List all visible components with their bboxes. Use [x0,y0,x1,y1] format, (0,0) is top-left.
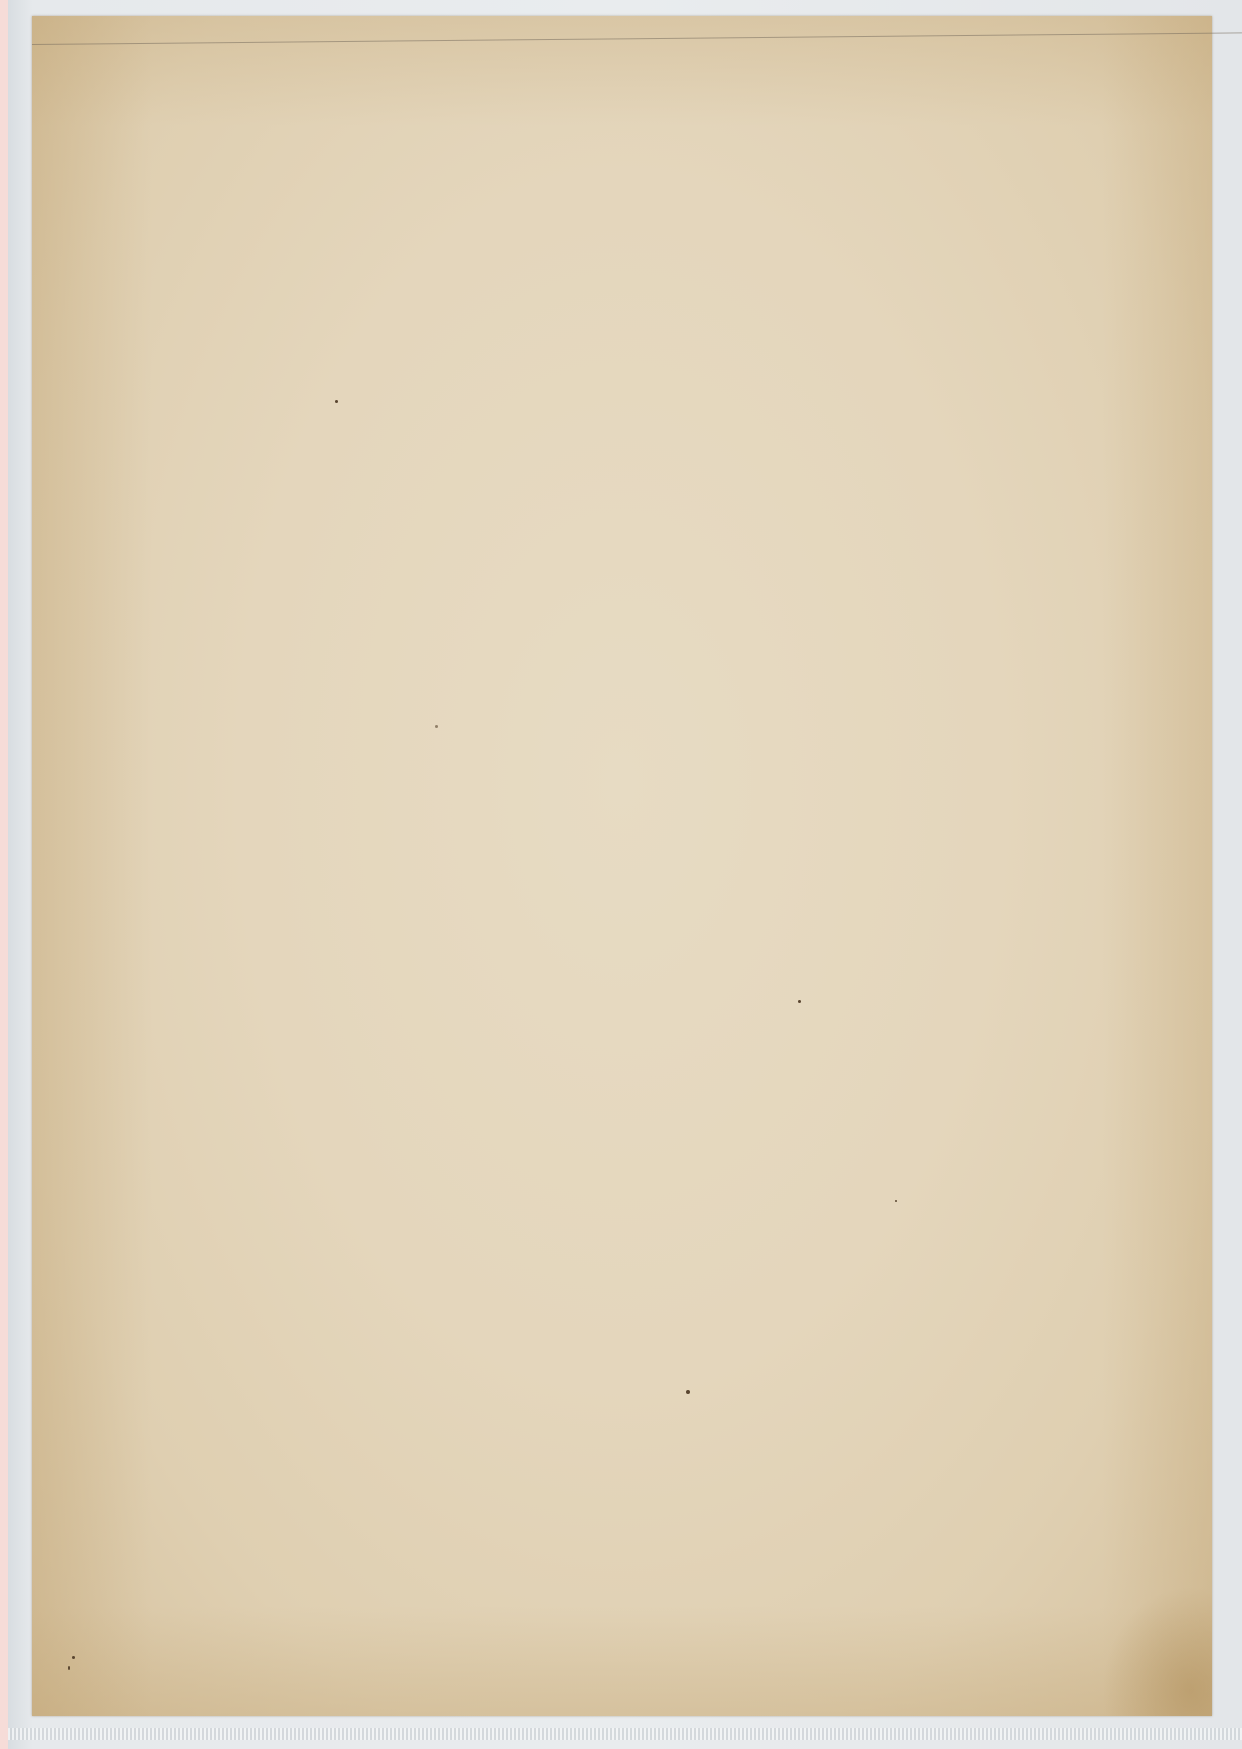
blank-paper-sheet [32,16,1212,1716]
corner-stain [1102,1586,1212,1716]
speck [798,1000,801,1003]
speck [435,725,438,728]
sleeve-seal-strip [8,1728,1242,1740]
speck [72,1656,75,1659]
speck [895,1200,897,1202]
speck [68,1666,70,1670]
speck [335,400,338,403]
speck [686,1390,690,1394]
scan-edge [0,0,8,1749]
